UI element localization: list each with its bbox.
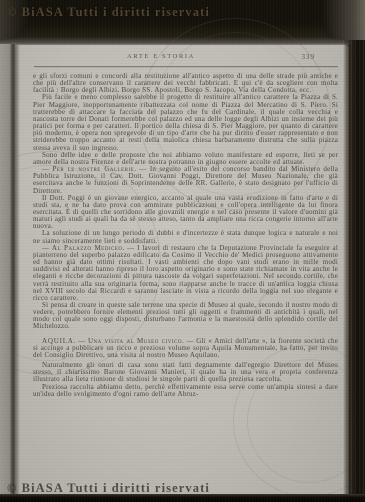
header-rule bbox=[34, 66, 338, 67]
paragraph: Si pensa di creare in queste sale terren… bbox=[33, 302, 338, 331]
text-run: Sono delle idee e delle proposte che noi… bbox=[33, 151, 338, 166]
book-page: ARTE E STORIA 339 e gli sforzi comuni e … bbox=[1, 45, 349, 495]
paragraph: Più facile e meno complesso sarebbe il p… bbox=[33, 94, 338, 151]
text-run: Il Dott. Poggi è un giovane energico, ac… bbox=[33, 194, 338, 231]
text-run: Si pensa di creare in queste sale terren… bbox=[33, 301, 338, 330]
paragraph: Il Dott. Poggi è un giovane energico, ac… bbox=[33, 195, 338, 231]
page-number: 339 bbox=[302, 53, 316, 61]
running-header: ARTE E STORIA 339 bbox=[1, 53, 349, 65]
paragraph: La soluzione di un lungo periodo di dubb… bbox=[33, 230, 338, 244]
paragraph: — Per le nostre Gallerie. — In seguito a… bbox=[33, 166, 338, 195]
text-run: e gli sforzi comuni e concordi alla rest… bbox=[33, 72, 338, 94]
text-run: Preziosa raccolta abbiamo detto, perchè … bbox=[33, 383, 338, 398]
scan-top-border: © BiASA Tutti i diritti riservati bbox=[0, 0, 365, 45]
copyright-watermark-top: © BiASA Tutti i diritti riservati bbox=[7, 5, 210, 20]
text-run: Naturalmente gli onori di casa sono stat… bbox=[33, 361, 338, 383]
page-text: e gli sforzi comuni e concordi alla rest… bbox=[33, 73, 338, 398]
journal-title: ARTE E STORIA bbox=[1, 53, 321, 60]
paragraph: AQUILA. — Una visita al Museo civico. — … bbox=[33, 338, 338, 359]
scanned-page-viewer: © BiASA Tutti i diritti riservati ARTE E… bbox=[0, 0, 365, 502]
text-run: La soluzione di un lungo periodo di dubb… bbox=[33, 229, 338, 244]
scan-right-border bbox=[343, 40, 365, 502]
copyright-watermark-bottom: © BiASA Tutti i diritti riservati bbox=[7, 481, 210, 496]
paragraph: Naturalmente gli onori di casa sono stat… bbox=[33, 362, 338, 383]
text-run: . — I lavori di restauro che la Deputazi… bbox=[33, 244, 338, 302]
paragraph: — Al Palazzo Mediceo. — I lavori di rest… bbox=[33, 245, 338, 302]
book-gutter-shadow bbox=[0, 44, 20, 496]
paragraph: Sono delle idee e delle proposte che noi… bbox=[33, 152, 338, 166]
text-run: Più facile e meno complesso sarebbe il p… bbox=[33, 93, 338, 151]
paragraph: e gli sforzi comuni e concordi alla rest… bbox=[33, 73, 338, 94]
paragraph: Preziosa raccolta abbiamo detto, perchè … bbox=[33, 384, 338, 398]
